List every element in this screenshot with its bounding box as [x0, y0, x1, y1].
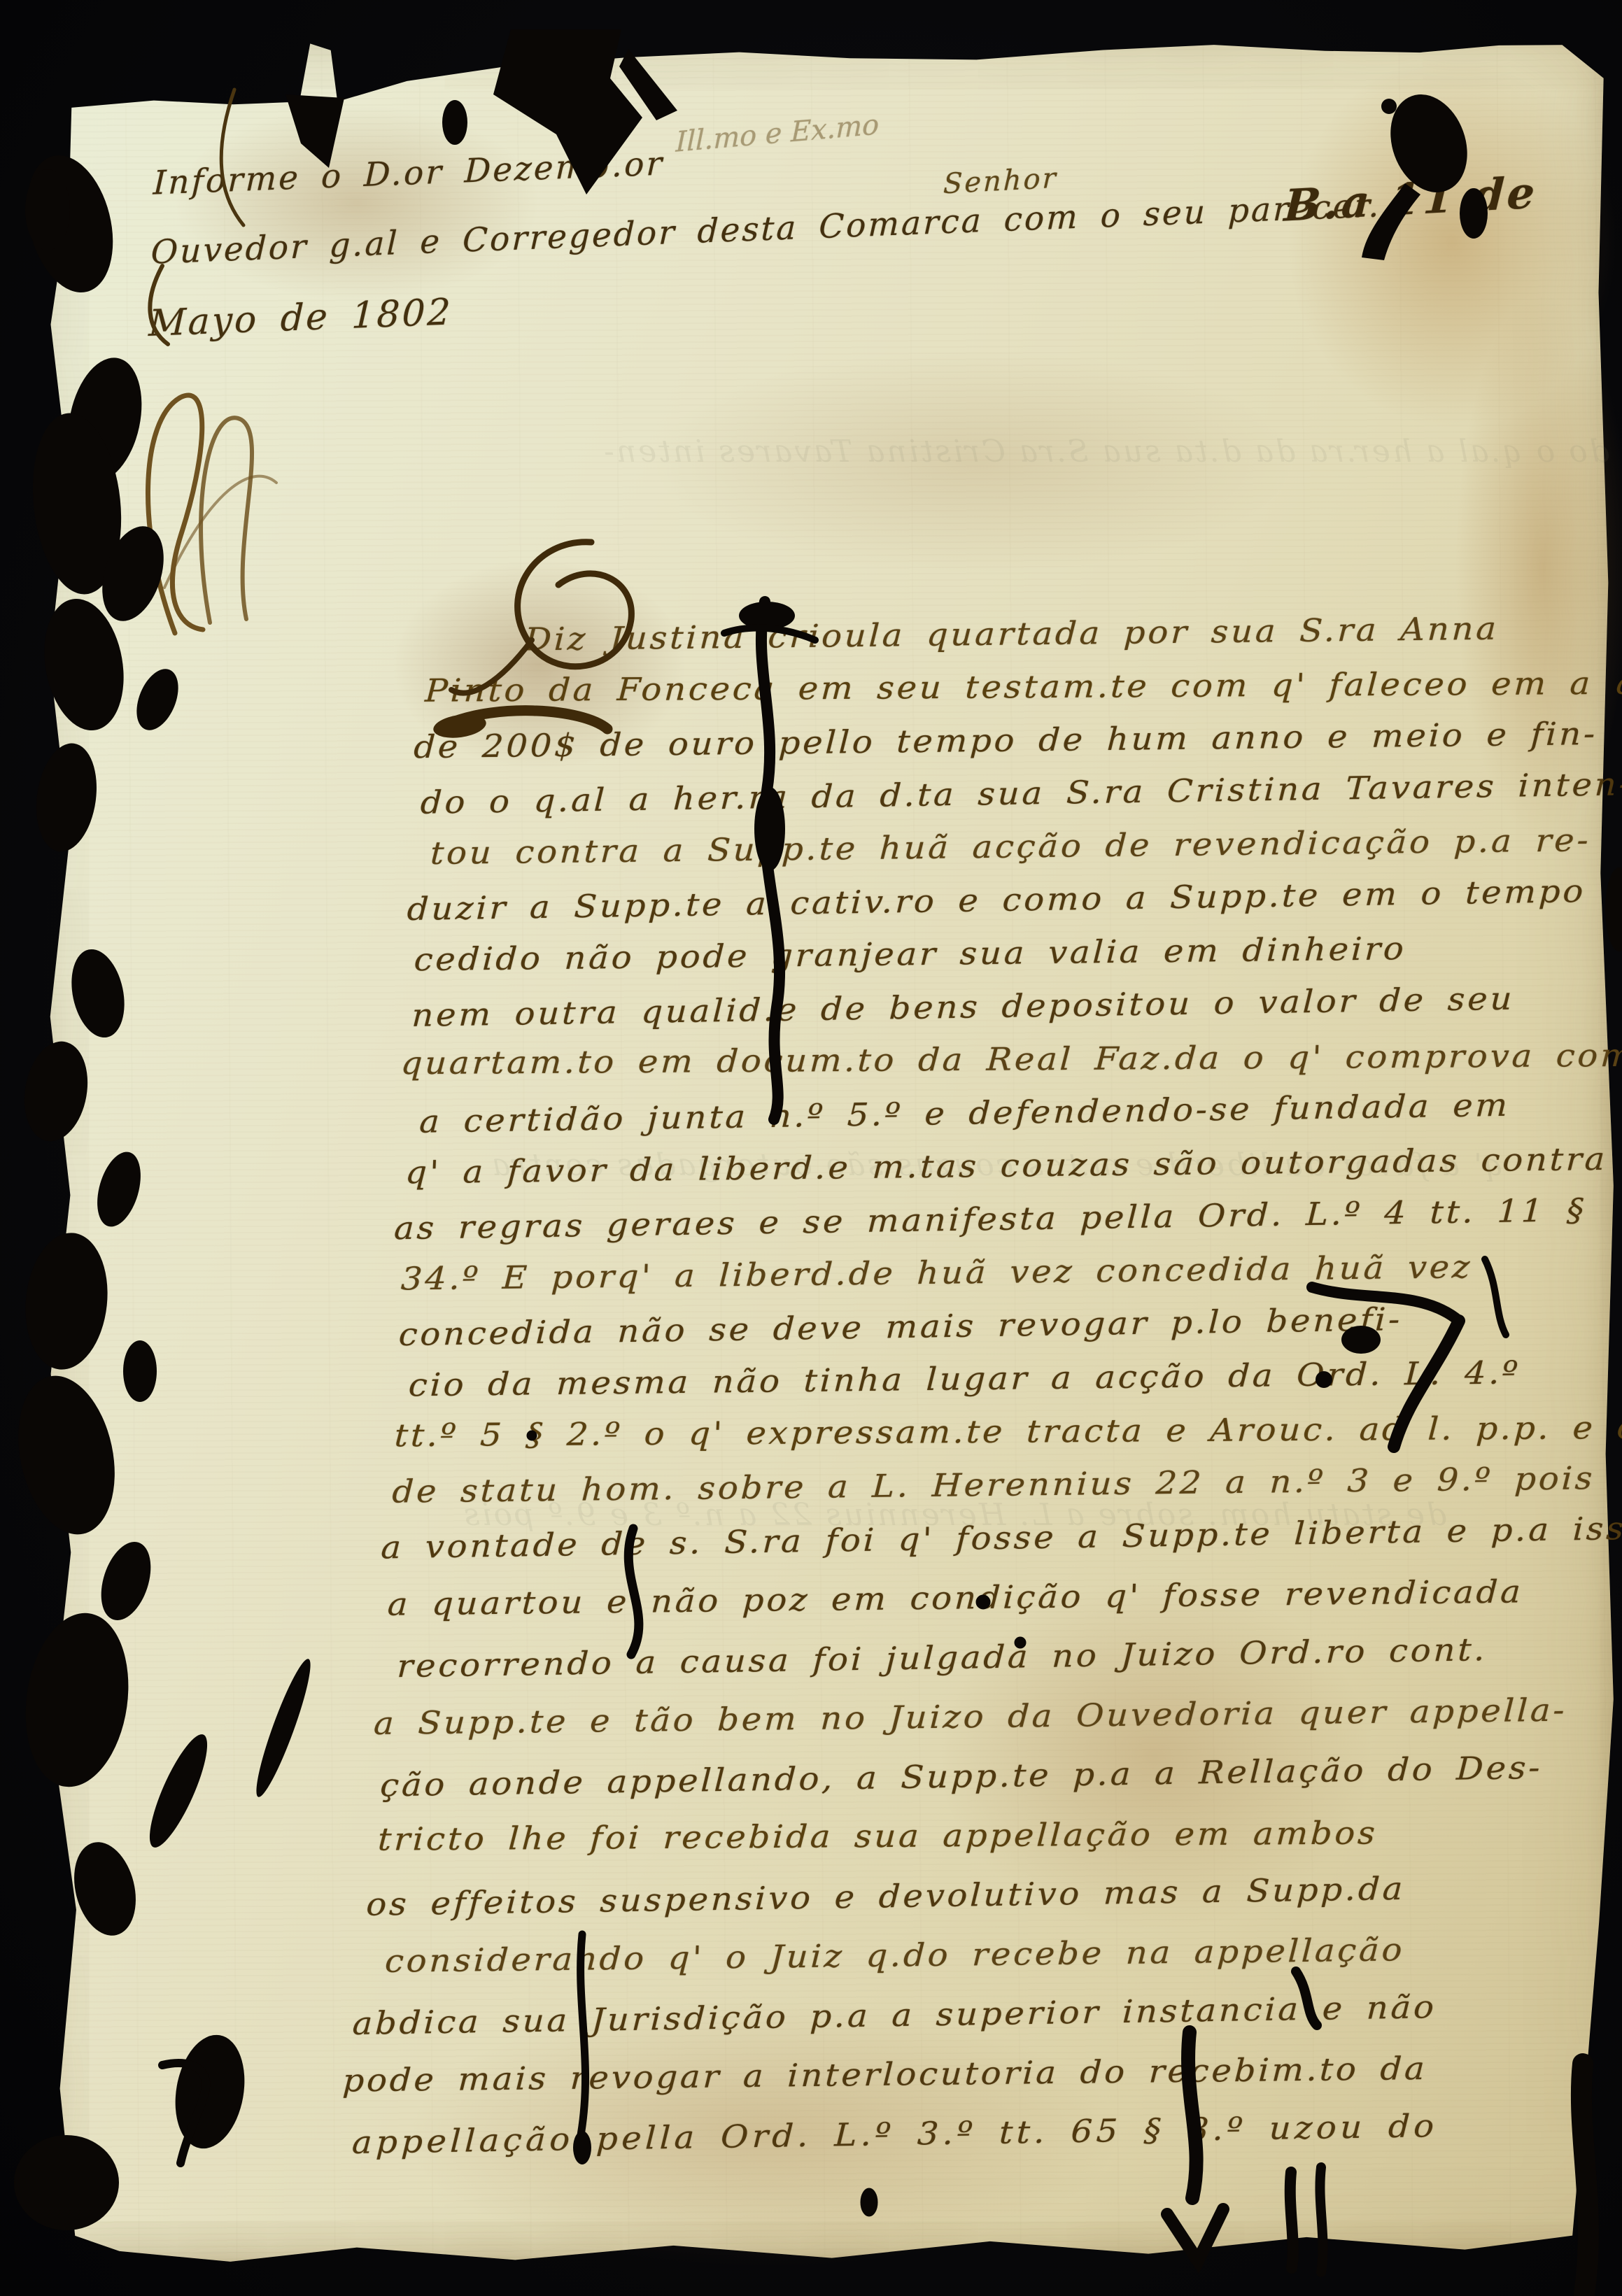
manuscript-line: a quartou e não poz em condição q' fosse… [386, 1564, 1616, 1631]
manuscript-line: os effeitos suspensivo e devolutivo mas … [365, 1859, 1605, 1931]
salutation-senhor: Senhor [943, 162, 1058, 201]
petition-body: Diz Justina crioula quartada por sua S.r… [365, 600, 1622, 2167]
manuscript-line: tt.º 5 § 2.º o q' expressam.te tracta e … [393, 1401, 1622, 1462]
manuscript-line: tricto lhe foi recebida sua appellação e… [376, 1805, 1607, 1866]
scan-background: Informe o D.or Dezemb.or Ouvedor g.al e … [0, 0, 1622, 2296]
manuscript-line: considerando q' o Juiz q.do recebe na ap… [384, 1921, 1602, 1988]
manuscript-line: pode mais revogar a interlocutoria do re… [341, 2040, 1597, 2107]
despatch-line: Ouvedor g.al e Corregedor desta Comarca … [150, 189, 1381, 269]
manuscript-line: recorrendo a causa foi julgada no Juizo … [396, 1621, 1614, 1693]
manuscript-line: ção aonde appellando, a Supp.te p.a a Re… [379, 1740, 1609, 1812]
manuscript-line: Pinto da Fonceca em seu testam.te com q'… [424, 656, 1622, 717]
manuscript-line: a Supp.te e tão bem no Juizo da Ouvedori… [373, 1683, 1612, 1750]
bleedthrough-line: do o q.al a her.ra da d.ta sua S.ra Cris… [602, 434, 1609, 469]
manuscript-line: abdica sua Jurisdição p.a a superior ins… [351, 1978, 1599, 2050]
